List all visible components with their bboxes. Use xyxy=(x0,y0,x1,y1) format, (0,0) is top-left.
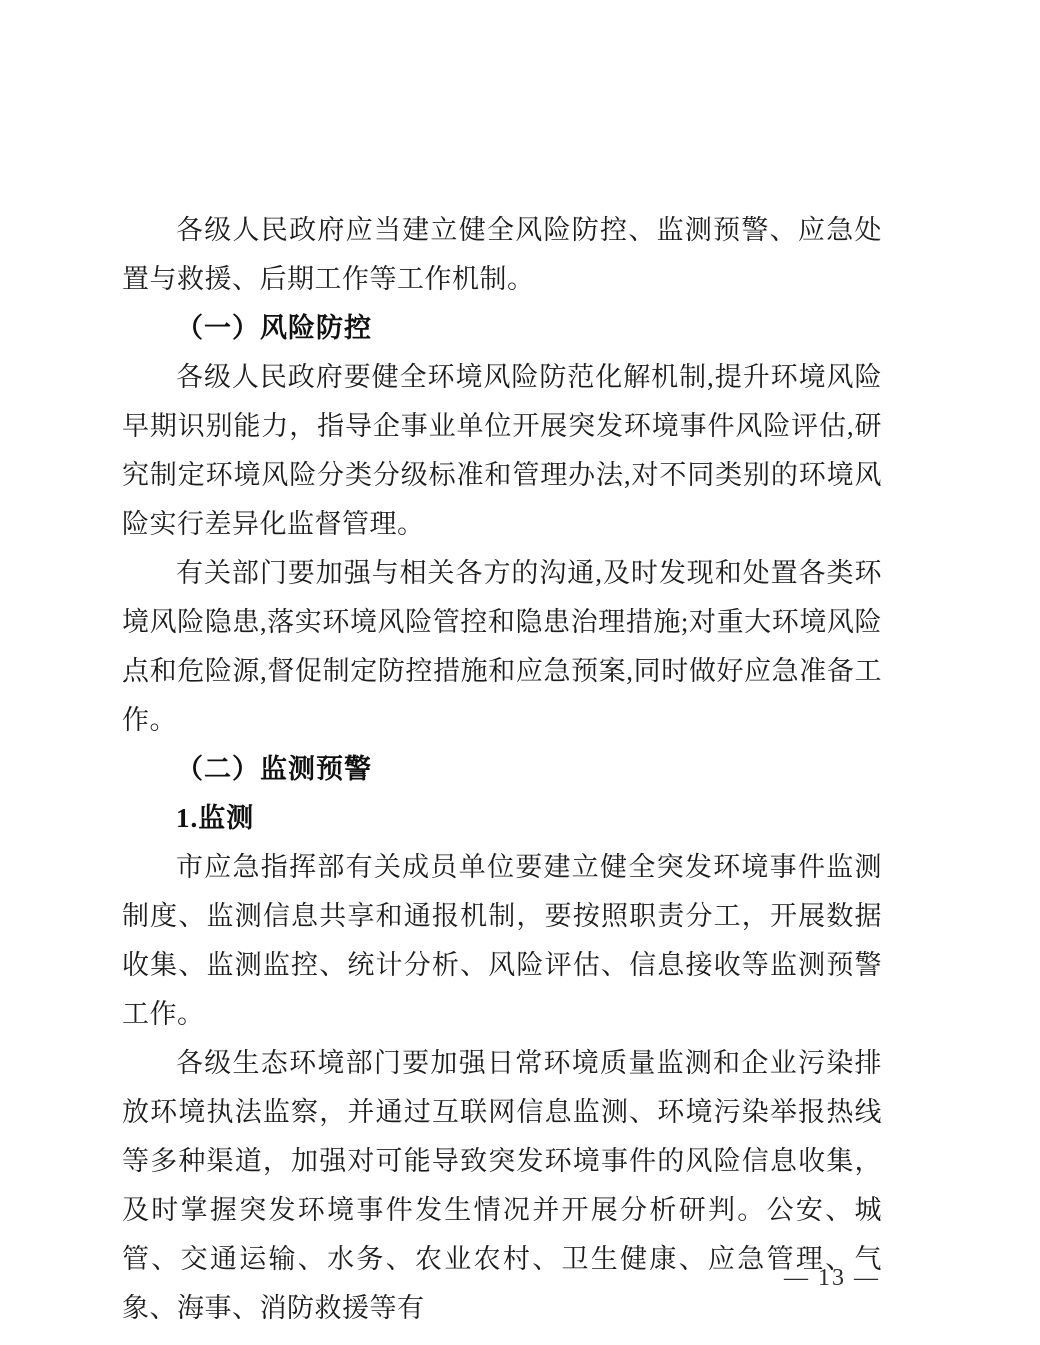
page-number: — 13 — xyxy=(784,1265,880,1291)
subsection-heading-monitoring: 1.监测 xyxy=(122,794,882,843)
paragraph-risk-mechanism: 各级人民政府要健全环境风险防范化解机制,提升环境风险早期识别能力，指导企事业单位… xyxy=(122,353,882,549)
section-heading-monitoring-warning: （二）监测预警 xyxy=(122,745,882,794)
document-body: 各级人民政府应当建立健全风险防控、监测预警、应急处置与救援、后期工作等工作机制。… xyxy=(122,206,882,1333)
page-footer: — 13 — xyxy=(784,1262,880,1294)
paragraph-risk-hazards: 有关部门要加强与相关各方的沟通,及时发现和处置各类环境风险隐患,落实环境风险管控… xyxy=(122,549,882,745)
paragraph-monitoring-system: 市应急指挥部有关成员单位要建立健全突发环境事件监测制度、监测信息共享和通报机制，… xyxy=(122,843,882,1039)
document-page: 各级人民政府应当建立健全风险防控、监测预警、应急处置与救援、后期工作等工作机制。… xyxy=(0,0,1040,1345)
paragraph-eco-environment-monitoring: 各级生态环境部门要加强日常环境质量监测和企业污染排放环境执法监察，并通过互联网信… xyxy=(122,1039,882,1333)
section-heading-risk-prevention: （一）风险防控 xyxy=(122,304,882,353)
paragraph-intro: 各级人民政府应当建立健全风险防控、监测预警、应急处置与救援、后期工作等工作机制。 xyxy=(122,206,882,304)
